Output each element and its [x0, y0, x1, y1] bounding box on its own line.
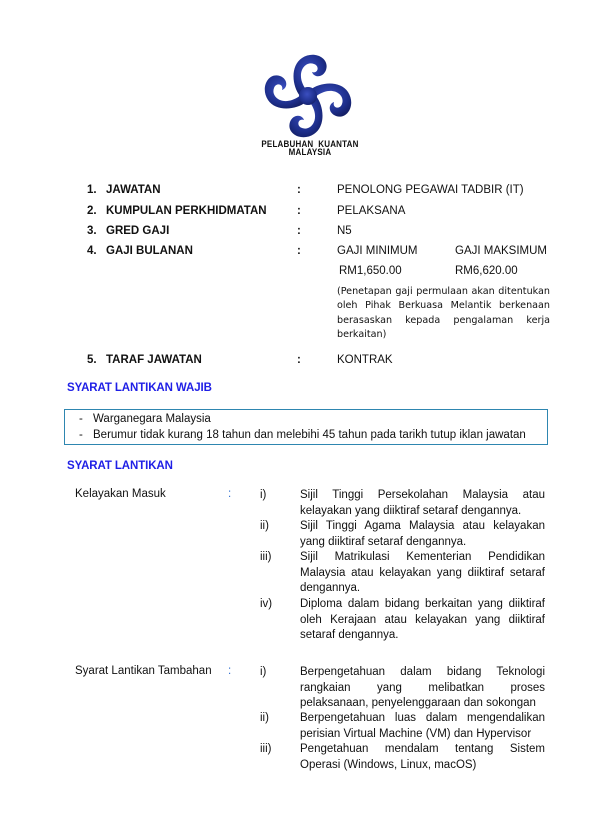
- mandatory-item-text: Berumur tidak kurang 18 tahun dan melebi…: [93, 429, 526, 441]
- entry-requirement-item: Sijil Matrikulasi Kementerian Pendidikan…: [300, 550, 545, 597]
- additional-requirement-item: Berpengetahuan luas dalam mengendalikan …: [300, 711, 545, 742]
- label-syarat-lantikan-tambahan: Syarat Lantikan Tambahan: [75, 665, 212, 677]
- mandatory-item: -Warganegara Malaysia: [79, 412, 547, 428]
- roman-numeral: iii): [260, 550, 272, 566]
- colon: :: [228, 665, 231, 677]
- salary-min-value: RM1,650.00: [339, 264, 402, 278]
- value-taraf-jawatan: KONTRAK: [337, 353, 393, 367]
- value-jawatan: PENOLONG PEGAWAI TADBIR (IT): [337, 183, 524, 197]
- additional-requirement-item: Pengetahuan mendalam tentang Sistem Oper…: [300, 742, 545, 773]
- mandatory-requirements-box: -Warganegara Malaysia -Berumur tidak kur…: [64, 409, 548, 445]
- salary-min-label: GAJI MINIMUM: [337, 244, 418, 258]
- entry-requirement-item: Diploma dalam bidang berkaitan yang diik…: [300, 597, 545, 644]
- heading-syarat-lantikan-wajib: SYARAT LANTIKAN WAJIB: [67, 382, 212, 394]
- label-kelayakan-masuk: Kelayakan Masuk: [75, 488, 166, 500]
- value-gred-gaji: N5: [337, 224, 352, 238]
- item-number: 4.: [87, 244, 97, 258]
- colon: :: [228, 488, 231, 500]
- heading-syarat-lantikan: SYARAT LANTIKAN: [67, 460, 173, 472]
- roman-numeral: ii): [260, 711, 269, 727]
- label-kumpulan-perkhidmatan: KUMPULAN PERKHIDMATAN: [106, 204, 267, 218]
- pelabuhan-kuantan-logo-icon: [262, 52, 354, 140]
- item-number: 1.: [87, 183, 97, 197]
- salary-max-label: GAJI MAKSIMUM: [455, 244, 547, 258]
- entry-requirement-item: Sijil Tinggi Agama Malaysia atau kelayak…: [300, 519, 545, 550]
- label-gaji-bulanan: GAJI BULANAN: [106, 244, 193, 258]
- label-gred-gaji: GRED GAJI: [106, 224, 169, 238]
- item-number: 5.: [87, 353, 97, 367]
- colon: :: [297, 183, 301, 197]
- item-number: 3.: [87, 224, 97, 238]
- roman-numeral: ii): [260, 519, 269, 535]
- entry-requirement-item: Sijil Tinggi Persekolahan Malaysia atau …: [300, 488, 545, 519]
- mandatory-item: -Berumur tidak kurang 18 tahun dan meleb…: [79, 428, 547, 444]
- label-jawatan: JAWATAN: [106, 183, 161, 197]
- roman-numeral: iii): [260, 742, 272, 758]
- colon: :: [297, 353, 301, 367]
- salary-max-value: RM6,620.00: [455, 264, 518, 278]
- item-number: 2.: [87, 204, 97, 218]
- value-kumpulan-perkhidmatan: PELAKSANA: [337, 204, 405, 218]
- bullet-dash: -: [79, 428, 93, 444]
- additional-requirement-item: Berpengetahuan dalam bidang Teknologi ra…: [300, 665, 545, 712]
- logo-text-line2: MALAYSIA: [240, 149, 380, 158]
- label-taraf-jawatan: TARAF JAWATAN: [106, 353, 202, 367]
- mandatory-item-text: Warganegara Malaysia: [93, 413, 211, 425]
- roman-numeral: i): [260, 488, 266, 504]
- roman-numeral: iv): [260, 597, 272, 613]
- bullet-dash: -: [79, 412, 93, 428]
- colon: :: [297, 224, 301, 238]
- salary-note: (Penetapan gaji permulaan akan ditentuka…: [337, 285, 550, 343]
- colon: :: [297, 204, 301, 218]
- roman-numeral: i): [260, 665, 266, 681]
- colon: :: [297, 244, 301, 258]
